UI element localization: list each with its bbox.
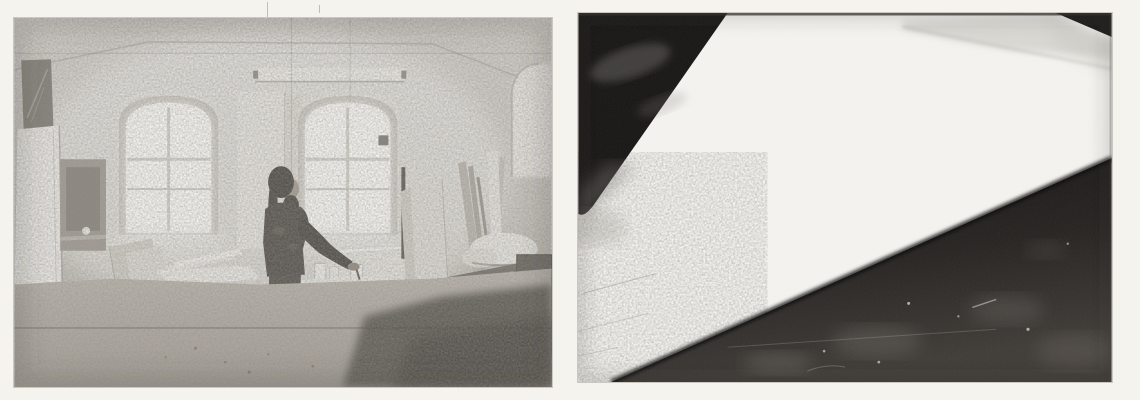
studio-photo [13, 17, 553, 388]
scan-scratch-mark [319, 5, 320, 13]
scan-page [0, 0, 1140, 400]
plank-photo-art [578, 13, 1112, 382]
film-speckle [14, 18, 551, 387]
studio-photo-art [14, 18, 552, 387]
scan-scratch-mark [267, 2, 268, 17]
film-grain [578, 13, 1111, 382]
plank-photo [577, 12, 1113, 383]
